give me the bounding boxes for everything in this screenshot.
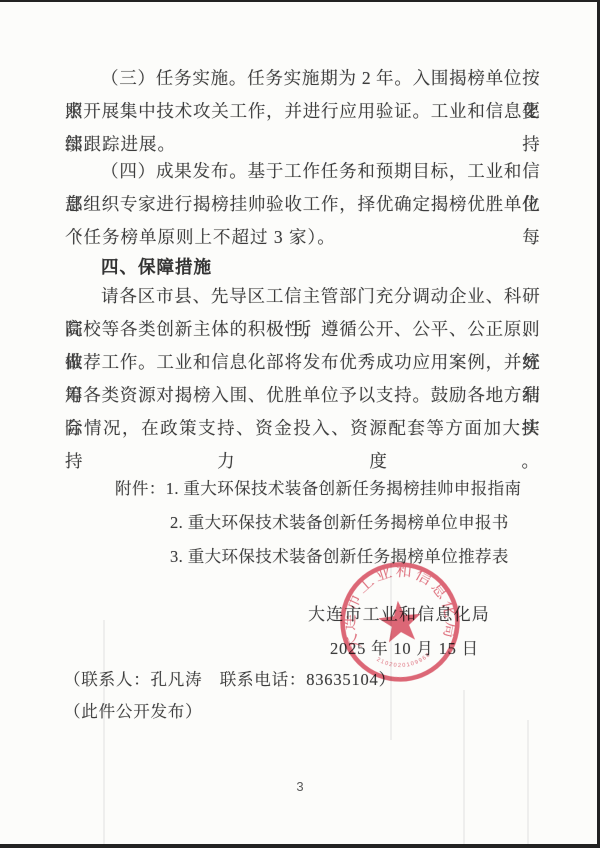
attachment-title: 1. 重大环保技术装备创新任务揭榜挂帅申报指南 (166, 479, 522, 498)
scan-edge-bottom (0, 844, 600, 848)
body-line: 部组织专家进行揭榜挂帅验收工作，择优确定揭榜优胜单位（每 (65, 188, 540, 221)
paragraph-results-release: （四）成果发布。基于工作任务和预期目标，工业和信息化 部组织专家进行揭榜挂帅验收… (65, 155, 540, 254)
svg-text:2102020109960: 2102020109960 (375, 651, 434, 672)
body-line: 求开展集中技术攻关工作，并进行应用验证。工业和信息化部持 (65, 95, 540, 128)
body-line: （四）成果发布。基于工作任务和预期目标，工业和信息化 (65, 155, 540, 188)
page-number: 3 (0, 779, 600, 794)
paragraph-task-implementation: （三）任务实施。任务实施期为 2 年。入围揭榜单位按照要 求开展集中技术攻关工作… (65, 62, 540, 161)
document-page: （三）任务实施。任务实施期为 2 年。入围揭榜单位按照要 求开展集中技术攻关工作… (0, 0, 600, 848)
attachment-title: 3. 重大环保技术装备创新任务揭榜单位推荐表 (170, 547, 509, 566)
seal-graphic: 大连市工业和信息化局 2102020109960 (331, 553, 469, 691)
attachments-label: 附件： (115, 479, 166, 498)
body-line: 用各类资源对揭榜入围、优胜单位予以支持。鼓励各地方结合实 (65, 379, 540, 412)
attachments-list: 附件：1. 重大环保技术装备创新任务揭榜挂帅申报指南 2. 重大环保技术装备创新… (115, 472, 521, 574)
attachment-item: 附件：1. 重大环保技术装备创新任务揭榜挂帅申报指南 (115, 472, 521, 506)
attachment-title: 2. 重大环保技术装备创新任务揭榜单位申报书 (170, 513, 509, 532)
body-line: 请各区市县、先导区工信主管部门充分调动企业、科研院所、 (65, 280, 540, 313)
scan-streak (103, 620, 105, 844)
paragraph-safeguard-measures: 请各区市县、先导区工信主管部门充分调动企业、科研院所、 高校等各类创新主体的积极… (65, 280, 540, 445)
attachment-item: 3. 重大环保技术装备创新任务揭榜单位推荐表 (115, 540, 521, 574)
seal-star-icon (377, 599, 424, 644)
public-release-note: （此件公开发布） (64, 700, 202, 724)
body-line: 推荐工作。工业和信息化部将发布优秀成功应用案例，并统筹利 (65, 346, 540, 379)
body-line: 高校等各类创新主体的积极性，遵循公开、公平、公正原则做好 (65, 313, 540, 346)
scan-streak (463, 690, 465, 844)
attachment-item: 2. 重大环保技术装备创新任务揭榜单位申报书 (115, 506, 521, 540)
seal-serial-number: 2102020109960 (375, 651, 434, 672)
scan-edge-top (0, 0, 600, 2)
official-seal: 大连市工业和信息化局 2102020109960 (331, 553, 469, 691)
body-line: （三）任务实施。任务实施期为 2 年。入围揭榜单位按照要 (65, 62, 540, 95)
body-line: 际情况，在政策支持、资金投入、资源配套等方面加大扶持力度。 (65, 412, 540, 445)
